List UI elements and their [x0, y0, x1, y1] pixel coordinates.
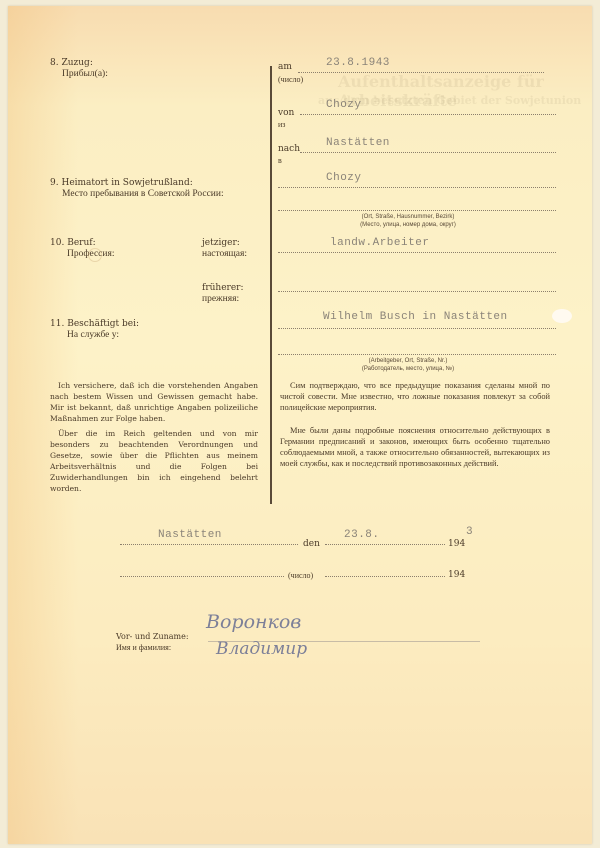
arrival-from-line — [300, 114, 556, 115]
arrival-to-value[interactable]: Nastätten — [326, 137, 390, 149]
home-place-line-1 — [278, 187, 556, 188]
signature-surname[interactable]: Воронков — [206, 611, 301, 633]
document-page: Aufenthaltsanzeige für Arbeitskräfte aus… — [8, 6, 592, 844]
arrival-date-line — [298, 72, 544, 73]
date-prefix-de: am — [278, 62, 292, 73]
to-prefix-ru: в — [278, 155, 282, 166]
profession-former-label: früherer: прежняя: — [202, 283, 244, 305]
field-home-label: 9. Heimatort in Sowjetrußland: Место пре… — [50, 178, 224, 200]
employer-line-1 — [278, 328, 556, 329]
employer-line-2 — [278, 354, 556, 355]
den-label: den — [303, 539, 320, 550]
date-prefix-ru: (число) — [278, 74, 303, 85]
signing-place-line — [120, 544, 298, 545]
paper-stain — [88, 248, 102, 262]
profession-current-label: jetziger: настоящая: — [202, 238, 247, 260]
declaration-russian: Сим подтверждаю, что все предыдущие пока… — [280, 380, 550, 469]
ru-date-line — [325, 576, 445, 577]
to-prefix-de: nach — [278, 144, 300, 155]
ru-place-line — [120, 576, 284, 577]
field-profession-label: 10. Beruf: Профессия: — [50, 238, 115, 260]
declaration-german: Ich versichere, daß ich die vorstehenden… — [50, 380, 258, 494]
signing-place-value[interactable]: Nastätten — [158, 529, 222, 541]
ru-year-prefix: 194 — [448, 570, 465, 581]
column-divider — [270, 66, 272, 504]
signature-label: Vor- und Zuname: Имя и фамилия: — [116, 631, 189, 653]
from-prefix-de: von — [278, 108, 294, 119]
signing-date-value[interactable]: 23.8. — [344, 529, 380, 541]
profession-current-line — [278, 252, 556, 253]
field-arrival-label: 8. Zuzug: Прибыл(а): — [50, 58, 108, 80]
signature-firstname[interactable]: Владимир — [216, 639, 307, 659]
paper-damage-blot — [552, 309, 572, 323]
profession-former-line — [278, 291, 556, 292]
from-prefix-ru: из — [278, 119, 285, 130]
home-place-line-2 — [278, 210, 556, 211]
employer-value[interactable]: Wilhelm Busch in Nastätten — [323, 311, 508, 323]
arrival-date-value[interactable]: 23.8.1943 — [326, 57, 390, 69]
arrival-from-value[interactable]: Chozy — [326, 99, 362, 111]
year-prefix: 194 — [448, 539, 465, 550]
ru-date-label: (число) — [288, 570, 313, 581]
signing-date-line — [325, 544, 445, 545]
home-place-value[interactable]: Chozy — [326, 172, 362, 184]
field-employer-label: 11. Beschäftigt bei: На службе у: — [50, 319, 139, 341]
year-suffix-value[interactable]: 3 — [466, 526, 473, 538]
arrival-to-line — [300, 152, 556, 153]
employer-caption: (Arbeitgeber, Ort, Straße, Nr.) (Работод… — [308, 357, 508, 373]
home-place-caption: (Ort, Straße, Hausnummer, Bezirk) (Место… — [308, 213, 508, 229]
profession-current-value[interactable]: landw.Arbeiter — [330, 237, 429, 249]
